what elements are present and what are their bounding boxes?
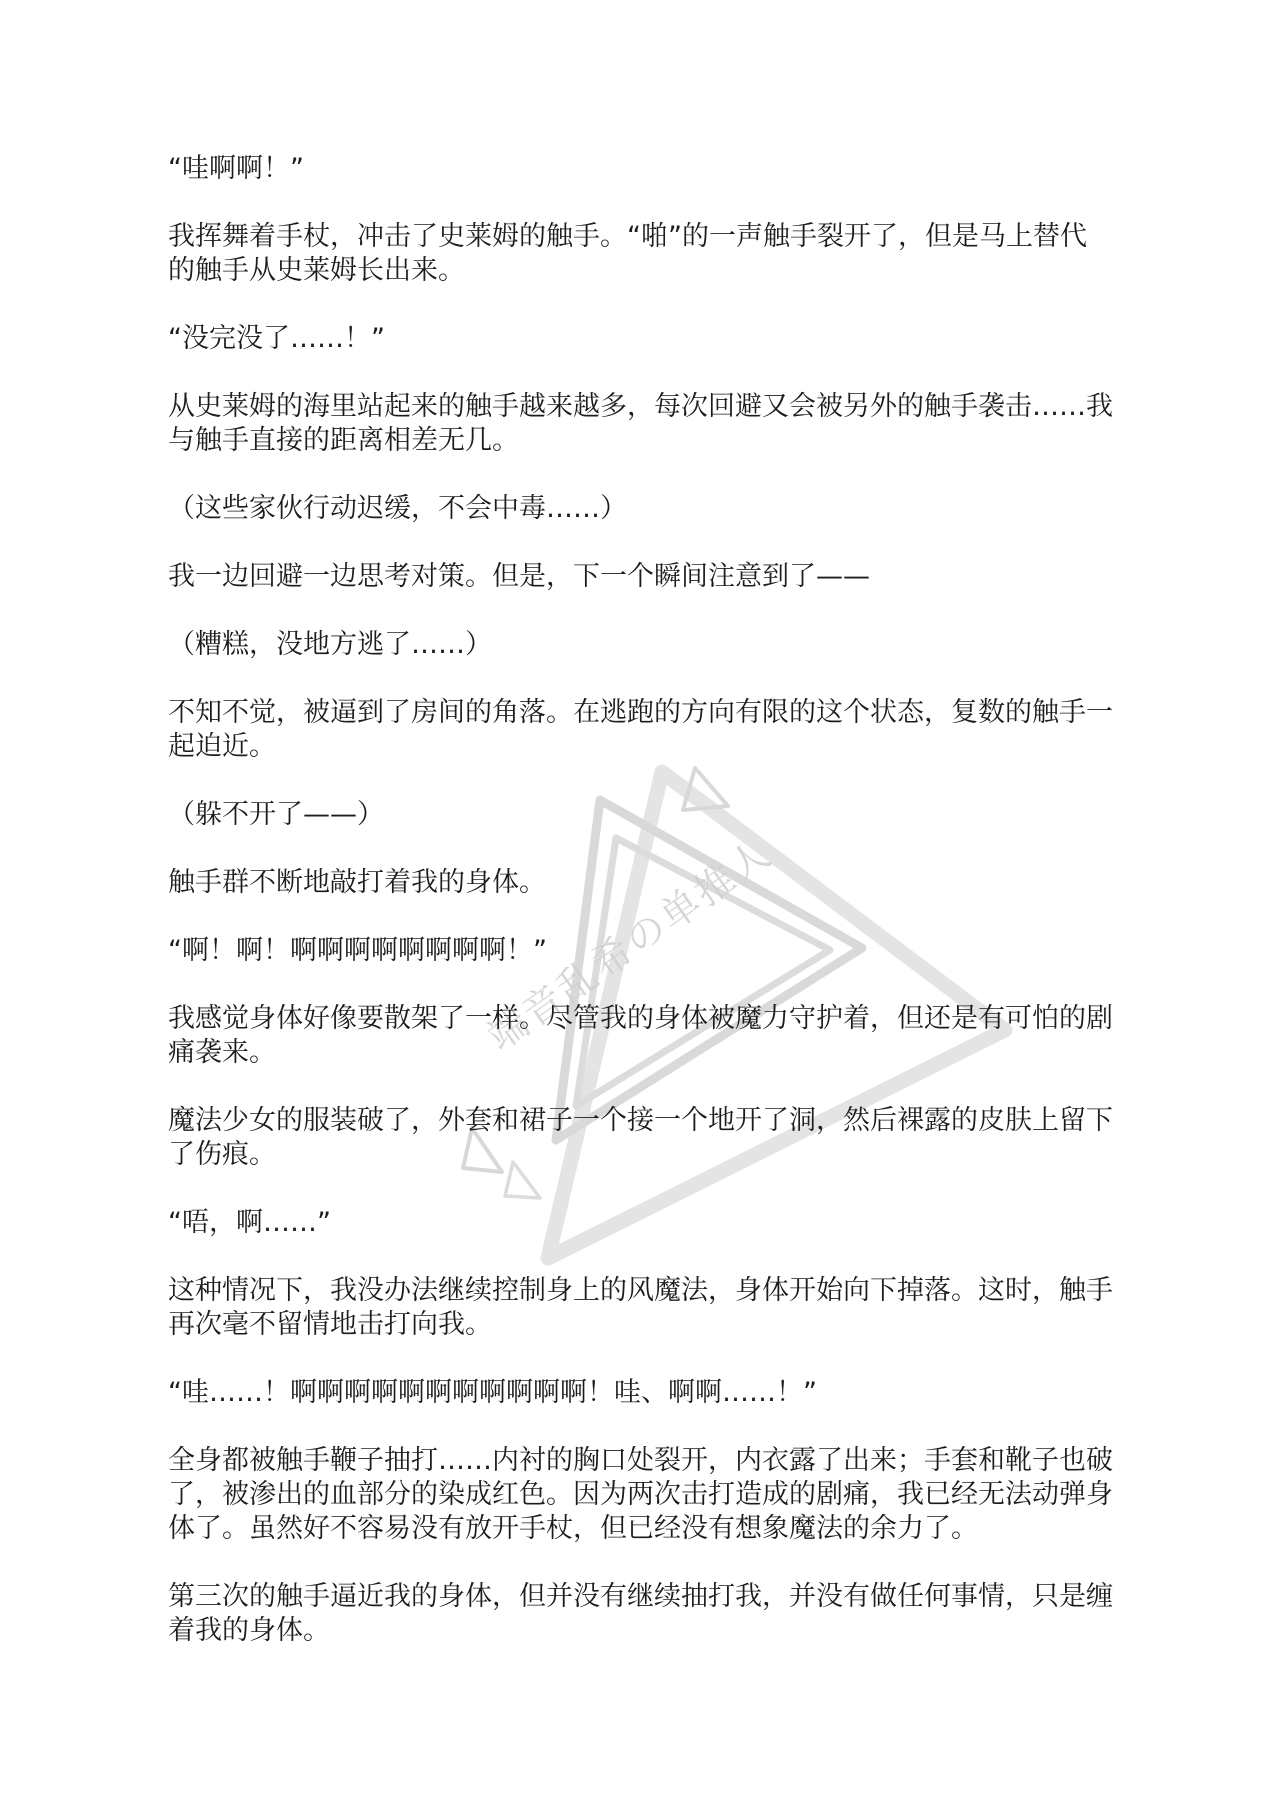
paragraph: 触手群不断地敲打着我的身体。 bbox=[168, 866, 1120, 900]
paragraph: （糟糕，没地方逃了……） bbox=[168, 628, 1120, 662]
paragraph: 不知不觉，被逼到了房间的角落。在逃跑的方向有限的这个状态，复数的触手一 起迫近。 bbox=[168, 696, 1120, 764]
paragraph: “哇啊啊！” bbox=[168, 152, 1120, 186]
paragraph: （躲不开了——） bbox=[168, 798, 1120, 832]
paragraph: “啊！啊！啊啊啊啊啊啊啊啊！” bbox=[168, 934, 1120, 968]
paragraph: 全身都被触手鞭子抽打……内衬的胸口处裂开，内衣露了出来；手套和靴子也破 了，被渗… bbox=[168, 1444, 1120, 1546]
document-page: 端音乱希の单推人 “哇啊啊！”我挥舞着手杖，冲击了史莱姆的触手。“啪”的一声触手… bbox=[0, 0, 1280, 1810]
paragraph: 第三次的触手逼近我的身体，但并没有继续抽打我，并没有做任何事情，只是缠 着我的身… bbox=[168, 1580, 1120, 1648]
page-content: “哇啊啊！”我挥舞着手杖，冲击了史莱姆的触手。“啪”的一声触手裂开了，但是马上替… bbox=[168, 152, 1120, 1682]
paragraph: 这种情况下，我没办法继续控制身上的风魔法，身体开始向下掉落。这时，触手 再次毫不… bbox=[168, 1274, 1120, 1342]
paragraph: 我一边回避一边思考对策。但是，下一个瞬间注意到了—— bbox=[168, 560, 1120, 594]
paragraph: 我挥舞着手杖，冲击了史莱姆的触手。“啪”的一声触手裂开了，但是马上替代 的触手从… bbox=[168, 220, 1120, 288]
paragraph: “哇……！啊啊啊啊啊啊啊啊啊啊啊！哇、啊啊……！” bbox=[168, 1376, 1120, 1410]
paragraph: 魔法少女的服装破了，外套和裙子一个接一个地开了洞，然后裸露的皮肤上留下 了伤痕。 bbox=[168, 1104, 1120, 1172]
paragraph: （这些家伙行动迟缓，不会中毒……） bbox=[168, 492, 1120, 526]
paragraph: “没完没了……！” bbox=[168, 322, 1120, 356]
paragraph: 我感觉身体好像要散架了一样。尽管我的身体被魔力守护着，但还是有可怕的剧 痛袭来。 bbox=[168, 1002, 1120, 1070]
paragraph: 从史莱姆的海里站起来的触手越来越多，每次回避又会被另外的触手袭击……我 与触手直… bbox=[168, 390, 1120, 458]
paragraph: “唔，啊……” bbox=[168, 1206, 1120, 1240]
